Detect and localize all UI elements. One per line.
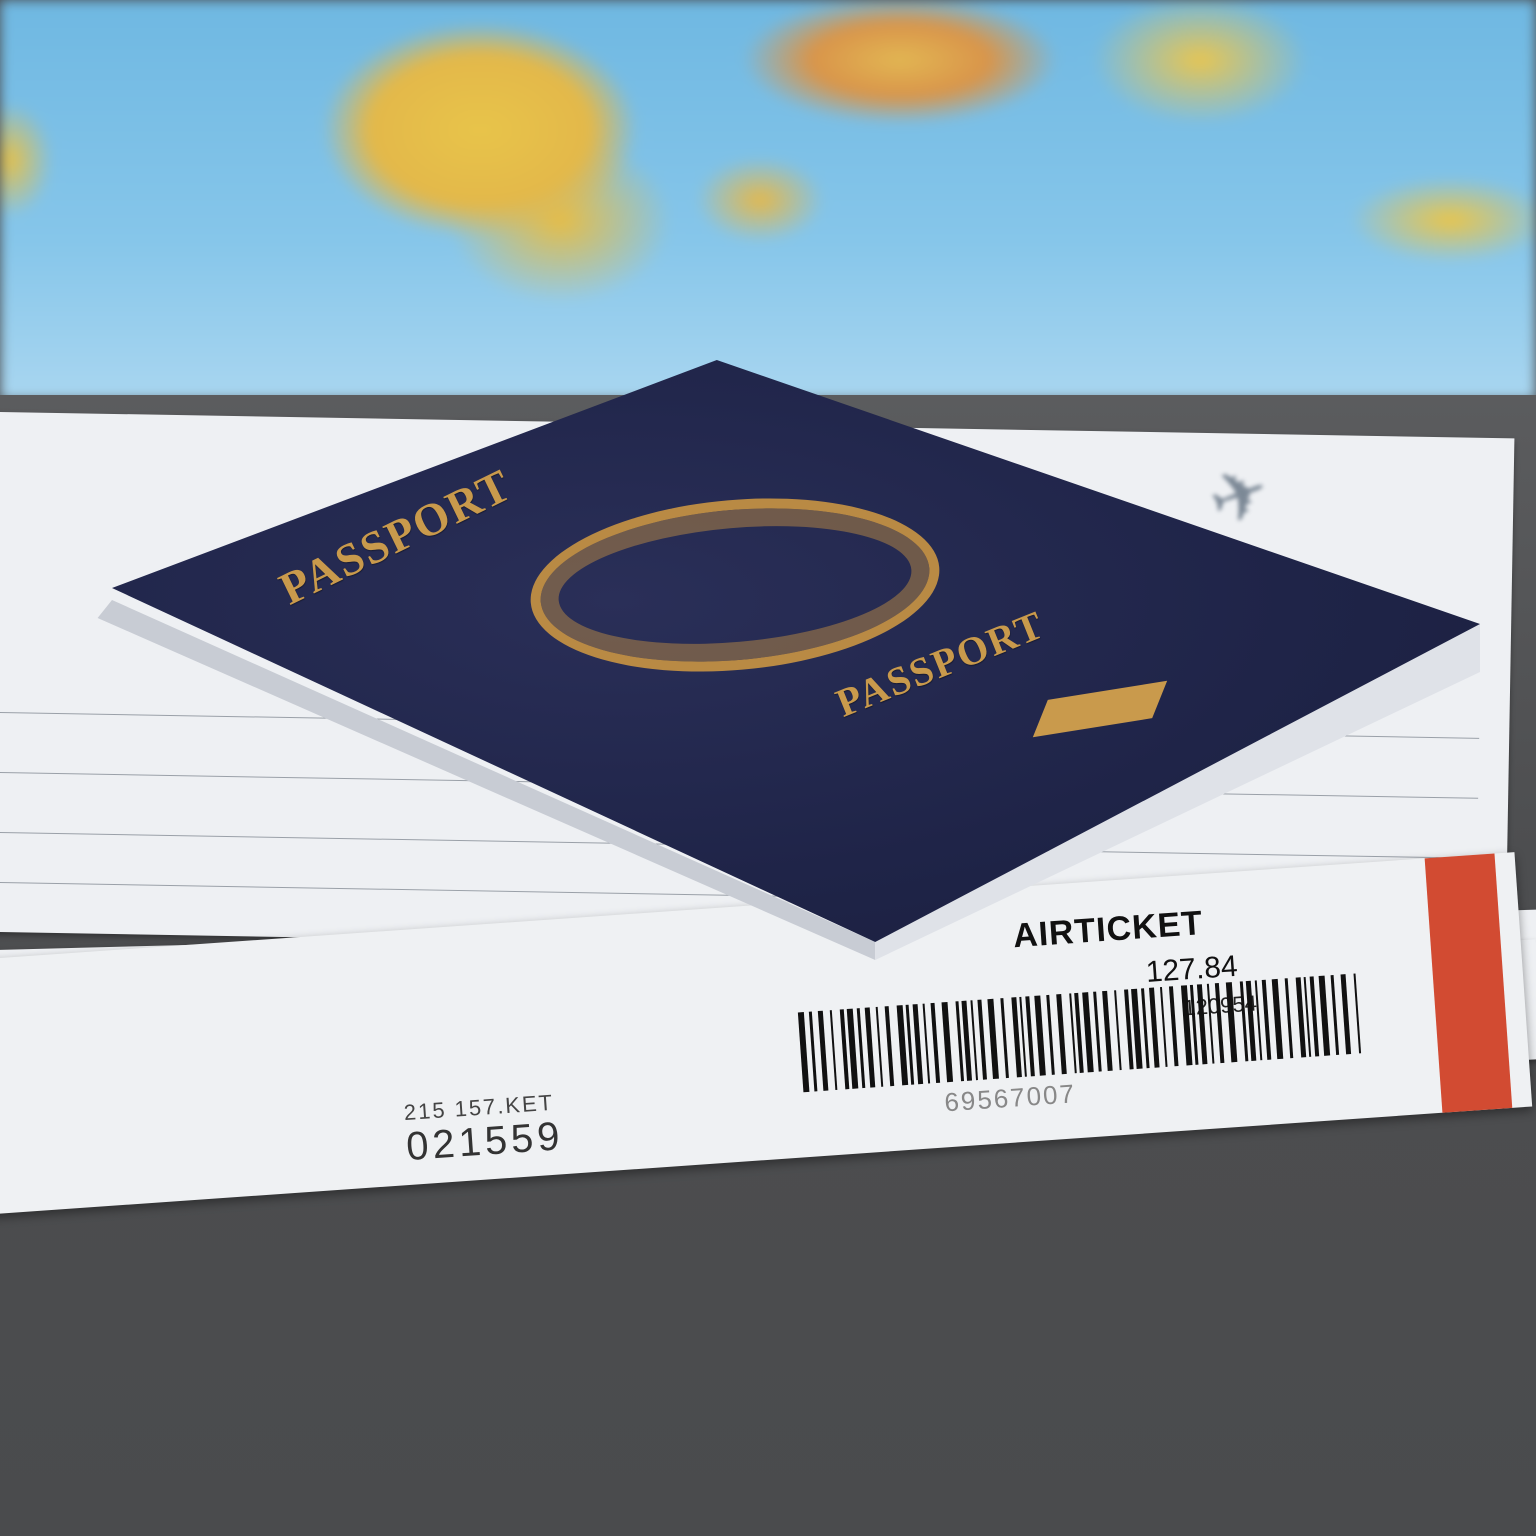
barcode-number: 69567007: [943, 1078, 1077, 1118]
world-map-background: [0, 0, 1536, 400]
passport: PASSPORT PASSPORT: [40, 360, 1480, 960]
stub-code: 021559: [405, 1114, 565, 1170]
barcode: [798, 973, 1372, 1093]
photo-scene: AIRTICKET 127.84 120954 69567007 215 157…: [0, 0, 1536, 1536]
